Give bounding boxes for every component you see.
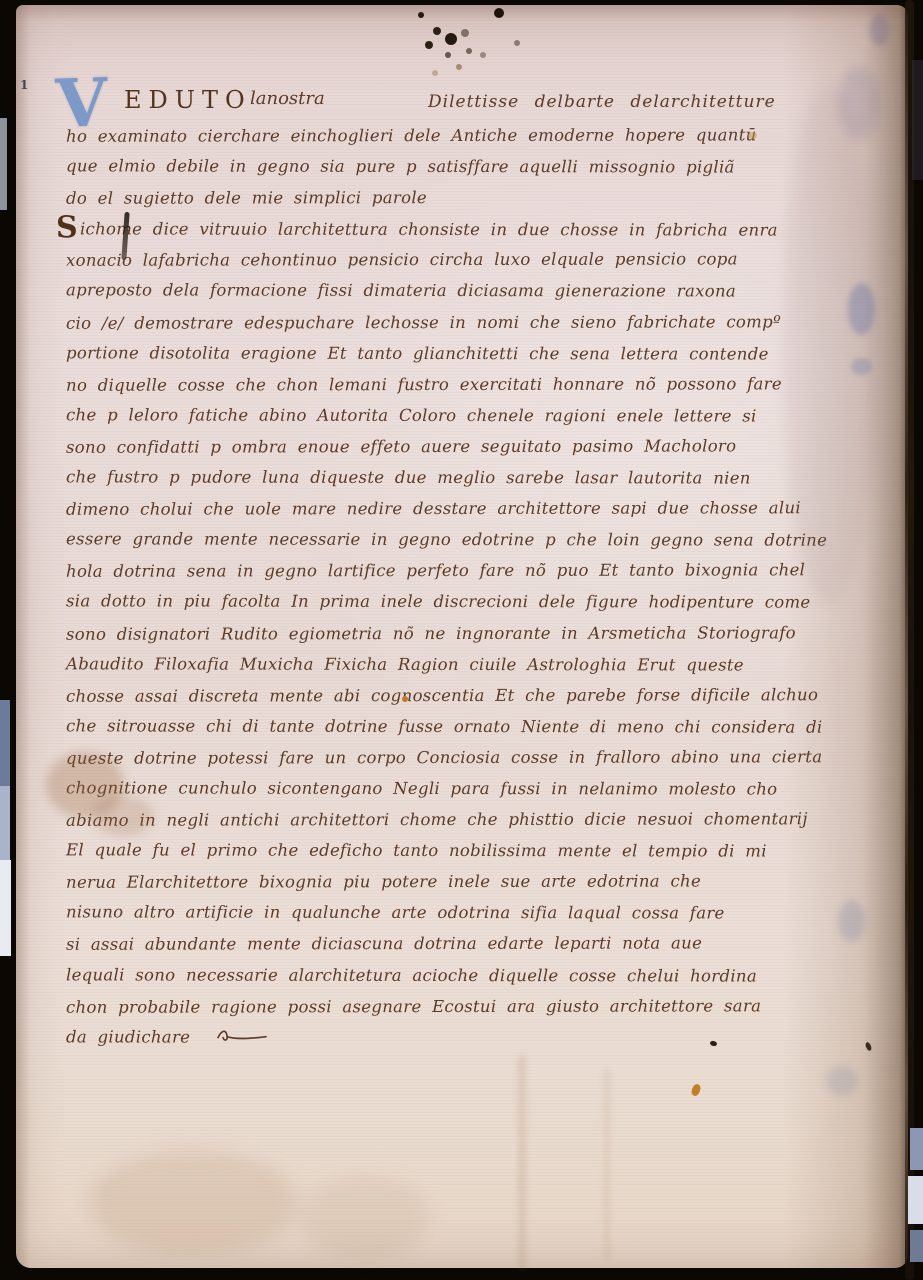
- text-line: Abaudito Filoxafia Muxicha Fixicha Ragio…: [66, 648, 836, 680]
- text-line: chosse assai discreta mente abi cognosce…: [66, 679, 836, 712]
- opening-heading-right: Dilettisse delbarte delarchitetture: [428, 92, 776, 112]
- text-line: essere grande mente necessarie in gegno …: [66, 524, 836, 556]
- blue-smudge-bottom: [826, 1066, 858, 1096]
- crease-line: [518, 1055, 526, 1270]
- text-line-content: ichome dice vitruuio larchitettura chons…: [80, 220, 778, 240]
- blue-smudge-corner: [870, 14, 889, 46]
- stain-bottom-left: [88, 1150, 298, 1255]
- show-through-ghost-text: [782, 85, 877, 605]
- text-line: queste dotrine potessi fare un corpo Con…: [66, 741, 836, 774]
- text-line: no diquelle cosse che chon lemani fustro…: [66, 368, 836, 401]
- ochre-speck-2: [748, 132, 757, 139]
- text-line: sono disignatori Rudito egiometria nõ ne…: [66, 617, 836, 650]
- opening-word: lanostra: [250, 88, 325, 109]
- text-line: che fustro p pudore luna diqueste due me…: [66, 461, 836, 493]
- border-strip-right-white: [908, 1176, 923, 1224]
- text-line: que elmio debile in gegno sia pure p sat…: [66, 150, 836, 182]
- border-strip-right-top: [912, 60, 923, 180]
- page-edge-shadow: [905, 0, 914, 1280]
- stain-bottom-center: [300, 1175, 430, 1260]
- blue-smudge-right: [848, 283, 875, 335]
- text-line: El quale fu el primo che edeficho tanto …: [66, 834, 836, 866]
- border-strip-blue-light: [0, 786, 10, 860]
- text-line: do el sugietto dele mie simplici parole: [66, 181, 836, 214]
- text-line: sono confidatti p ombra enoue effeto aue…: [66, 430, 836, 463]
- text-line: cio /e/ demostrare edespuchare lechosse …: [66, 306, 836, 339]
- text-line: si assai abundante mente diciascuna dotr…: [66, 928, 836, 961]
- text-line: xonacio lafabricha cehontinuo pensicio c…: [66, 244, 836, 277]
- paragraph-initial-s: S: [56, 211, 78, 246]
- ink-blot-cluster: [418, 12, 424, 18]
- text-line: che p leloro fatiche abino Autorita Colo…: [66, 399, 836, 431]
- opening-capitals: EDUTO: [124, 86, 252, 114]
- folio-number: 1: [20, 78, 28, 92]
- text-line: nerua Elarchitettore bixognia piu potere…: [66, 865, 836, 898]
- text-line: lequali sono necessarie alarchitetura ac…: [66, 959, 836, 991]
- stain-left-margin-2: [92, 796, 154, 836]
- blue-smudge-right-3: [838, 900, 865, 942]
- text-block: ho examinato cierchare einchoglieri dele…: [66, 120, 836, 1053]
- text-line: portione disotolita eragione Et tanto gl…: [66, 337, 836, 369]
- border-strip-blue-dark: [0, 700, 10, 786]
- text-line-last: da giudichare: [66, 1021, 836, 1053]
- text-line: apreposto dela formacione fissi dimateri…: [66, 275, 836, 307]
- border-strip-gray: [0, 118, 7, 210]
- text-line: ho examinato cierchare einchoglieri dele…: [66, 119, 836, 152]
- border-strip-right-blue: [910, 1128, 923, 1170]
- text-line: chognitione cunchulo sicontengano Negli …: [66, 772, 836, 804]
- blue-smudge-top-right: [838, 66, 880, 140]
- text-line: che sitrouasse chi di tante dotrine fuss…: [66, 710, 836, 742]
- text-line: chon probabile ragione possi asegnare Ec…: [66, 990, 836, 1023]
- text-line-content: da giudichare: [66, 1027, 190, 1046]
- ochre-speck: [402, 696, 408, 702]
- border-strip-right-blue-2: [910, 1230, 923, 1262]
- photo-frame: 1 V EDUTO lanostra Dilettisse delbarte d…: [0, 0, 923, 1280]
- text-line: dimeno cholui che uole mare nedire desst…: [66, 492, 836, 525]
- end-flourish-mark: [216, 1022, 268, 1053]
- text-line: sia dotto in piu facolta In prima inele …: [66, 586, 836, 618]
- text-line: nisuno altro artificie in qualunche arte…: [66, 897, 836, 929]
- text-line-paragraph-start: Sichome dice vitruuio larchitettura chon…: [66, 213, 836, 245]
- crease-line-2: [604, 1070, 610, 1260]
- border-strip-white: [0, 860, 11, 956]
- blue-smudge-right-2: [851, 358, 872, 375]
- text-line: abiamo in negli antichi architettori cho…: [66, 803, 836, 836]
- text-line: hola dotrina sena in gegno lartifice per…: [66, 555, 836, 588]
